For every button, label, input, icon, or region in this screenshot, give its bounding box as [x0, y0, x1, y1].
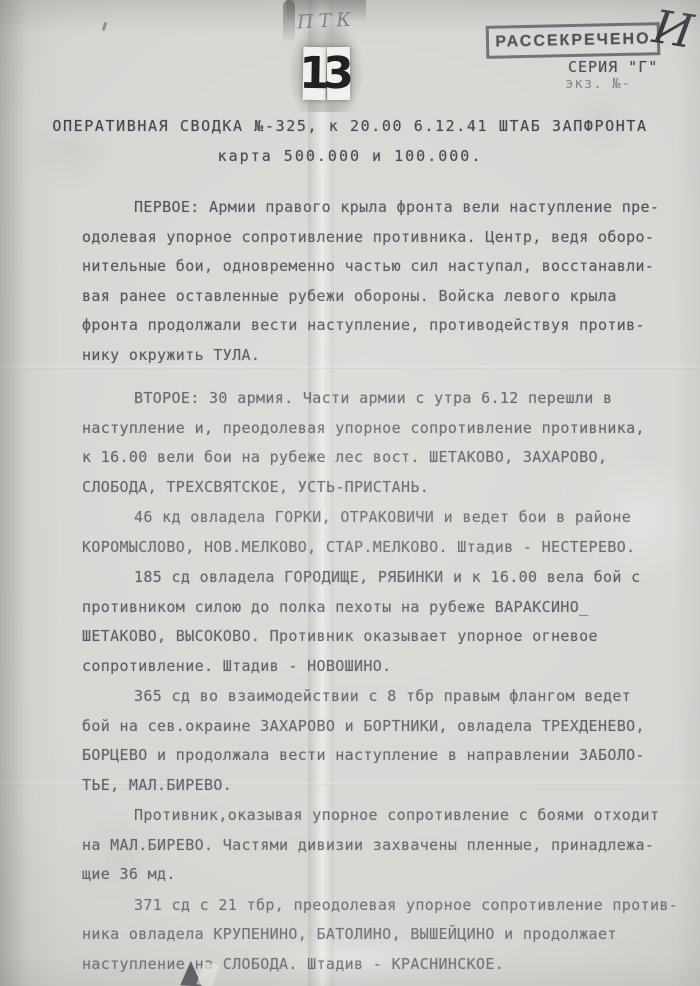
document-title: ОПЕРАТИВНАЯ СВОДКА №-325, к 20.00 6.12.4… [0, 117, 700, 165]
declassified-stamp: РАССЕКРЕЧЕНО [486, 22, 661, 59]
text-line: 371 сд с 21 тбр, преодолевая упорное соп… [82, 891, 678, 921]
handwritten-note: ПТК [296, 8, 356, 33]
page-number-stamp: 1 3 [303, 47, 350, 100]
text-line: ника овладела КРУПЕНИНО, БАТОЛИНО, ВЫШЕЙ… [82, 920, 678, 950]
text-line: 185 сд овладела ГОРОДИЩЕ, РЯБИНКИ и к 16… [82, 563, 678, 593]
text-line: 46 кд овладела ГОРКИ, ОТРАКОВИЧИ и ведет… [82, 503, 678, 533]
text-line: фронта продолжали вести наступление, про… [82, 311, 678, 341]
text-line: СЛОБОДА, ТРЕХСВЯТСКОЕ, УСТЬ-ПРИСТАНЬ. [82, 473, 678, 503]
paragraph: ВТОРОЕ: 30 армия. Части армии с утра 6.1… [82, 384, 678, 502]
paragraph: Противник,оказывая упорное сопротивление… [82, 801, 678, 890]
text-line: ПЕРВОЕ: Армии правого крыла фронта вели … [82, 193, 678, 223]
declassified-stamp-text: РАССЕКРЕЧЕНО [495, 30, 651, 51]
title-line-1: ОПЕРАТИВНАЯ СВОДКА №-325, к 20.00 6.12.4… [0, 117, 700, 135]
paragraph: 365 сд во взаимодействии с 8 тбр правым … [82, 682, 678, 800]
text-line: вая ранее оставленные рубежи обороны. Во… [82, 282, 678, 312]
text-line: на МАЛ.БИРЕВО. Частями дивизии захвачены… [82, 831, 678, 861]
pencil-mark [102, 22, 108, 31]
text-line: ТЬЕ, МАЛ.БИРЕВО. [82, 771, 678, 801]
paragraph: ПЕРВОЕ: Армии правого крыла фронта вели … [82, 193, 678, 370]
document-body: ПЕРВОЕ: Армии правого крыла фронта вели … [82, 193, 678, 980]
text-line: ШЕТАКОВО, ВЫСОКОВО. Противник оказывает … [82, 622, 678, 652]
text-line: сопротивление. Штадив - НОВОШИНО. [82, 652, 678, 682]
title-line-2: карта 500.000 и 100.000. [0, 147, 700, 165]
text-line: бой на сев.окраине ЗАХАРОВО и БОРТНИКИ, … [82, 712, 678, 742]
text-line: 365 сд во взаимодействии с 8 тбр правым … [82, 682, 678, 712]
text-line: КОРОМЫСЛОВО, НОВ.МЕЛКОВО, СТАР.МЕЛКОВО. … [82, 533, 678, 563]
copy-number-label: экз. №- [565, 76, 631, 92]
paragraph: 46 кд овладела ГОРКИ, ОТРАКОВИЧИ и ведет… [82, 503, 678, 562]
series-label: СЕРИЯ "Г" [568, 58, 658, 76]
text-line: наступление и, преодолевая упорное сопро… [82, 414, 678, 444]
ink-smudge [283, 0, 295, 44]
text-line: одолевая упорное сопротивление противник… [82, 223, 678, 253]
text-line: к 16.00 вели бои на рубеже лес вост. ШЕТ… [82, 443, 678, 473]
text-line: нительные бои, одновременно частью сил н… [82, 252, 678, 282]
text-line: ВТОРОЕ: 30 армия. Части армии с утра 6.1… [82, 384, 678, 414]
scanned-document-page: ПТК 1 3 РАССЕКРЕЧЕНО И СЕРИЯ "Г" экз. №-… [0, 0, 700, 986]
text-line: Противник,оказывая упорное сопротивление… [82, 801, 678, 831]
text-line: щие 36 мд. [82, 860, 678, 890]
handwritten-letter: И [649, 0, 697, 59]
page-number-digit: 3 [327, 47, 350, 100]
text-line: нику окружить ТУЛА. [82, 341, 678, 371]
text-line: БОРЦЕВО и продолжала вести наступление в… [82, 741, 678, 771]
paragraph: 185 сд овладела ГОРОДИЩЕ, РЯБИНКИ и к 16… [82, 563, 678, 681]
paragraph: 371 сд с 21 тбр, преодолевая упорное соп… [82, 891, 678, 980]
text-line: наступление на СЛОБОДА. Штадив - КРАСНИН… [82, 950, 678, 980]
text-line: противником силою до полка пехоты на руб… [82, 593, 678, 623]
